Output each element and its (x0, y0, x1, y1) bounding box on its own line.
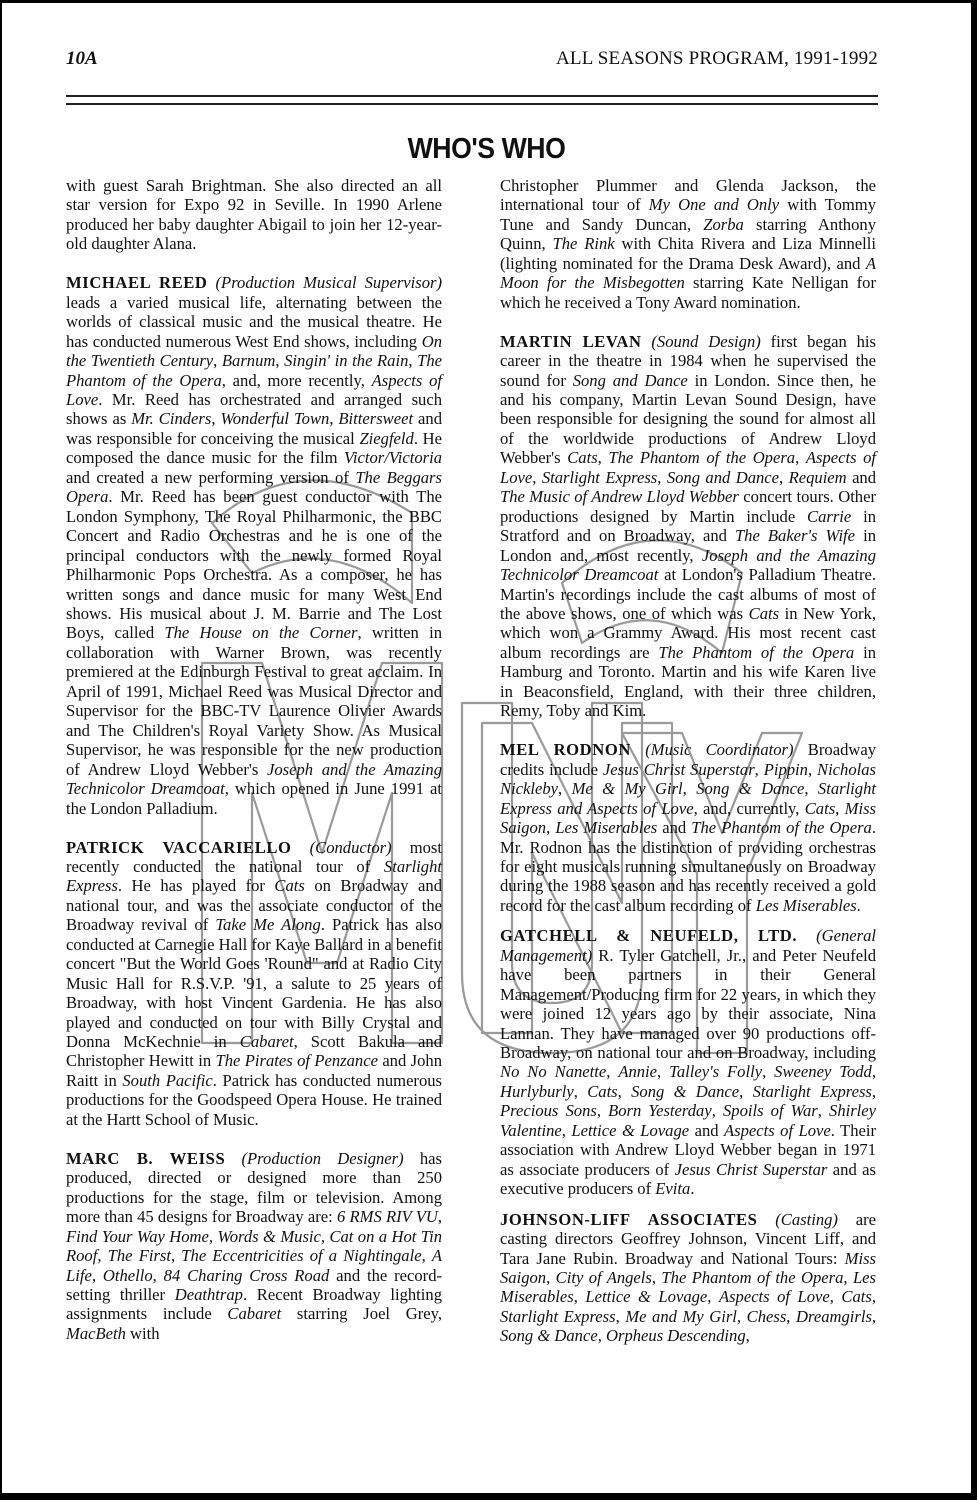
bio-entry: MARC B. WEISS (Production Designer) has … (66, 1149, 442, 1344)
italic-title: Song & Dance (500, 1326, 598, 1345)
italic-title: The First (108, 1246, 171, 1265)
italic-title: Joseph and the Amazing Technicolor Dream… (66, 760, 442, 798)
person-name: MEL RODNON (500, 740, 631, 759)
person-role: (Production Musical Supervisor) (216, 273, 442, 292)
italic-title: Starlight Express (542, 468, 657, 487)
italic-title: Me & My Girl (572, 779, 683, 798)
bio-text: are casting directors Geoffrey Johnson, … (500, 1210, 876, 1346)
program-title: ALL SEASONS PROGRAM, 1991-1992 (556, 48, 878, 70)
italic-title: Aspects of Love (724, 1121, 831, 1140)
italic-title: My One and Only (649, 195, 779, 214)
italic-title: The House on the Corner (164, 623, 357, 642)
right-column: Christopher Plummer and Glenda Jackson, … (500, 176, 876, 1365)
italic-title: Orpheus Descending (606, 1326, 746, 1345)
italic-title: Joseph and the Amazing Technicolor Dream… (500, 546, 876, 584)
italic-title: Carrie (807, 507, 851, 526)
italic-title: Les Miserables (756, 896, 857, 915)
italic-title: Cats (274, 876, 304, 895)
bio-entry: GATCHELL & NEUFELD, LTD. (General Manage… (500, 926, 876, 1198)
italic-title: Cats (805, 799, 835, 818)
bio-text: Broadway credits include Jesus Christ Su… (500, 740, 876, 915)
italic-title: Bittersweet (338, 409, 413, 428)
page-number: 10A (66, 48, 98, 70)
italic-title: Starlight Express (753, 1082, 872, 1101)
italic-title: The Phantom of the Opera (608, 448, 795, 467)
person-role: (Production Designer) (242, 1149, 404, 1168)
bio-entry: MARTIN LEVAN (Sound Design) first began … (500, 332, 876, 721)
italic-title: Cabaret (227, 1304, 281, 1323)
italic-title: Ziegfeld (359, 429, 413, 448)
italic-title: The Beggars Opera (66, 468, 442, 506)
left-column: with guest Sarah Brightman. She also dir… (66, 176, 442, 1363)
italic-title: Starlight Express (66, 857, 442, 895)
company-role: (Casting) (775, 1210, 838, 1229)
italic-title: Precious Sons (500, 1101, 597, 1120)
italic-title: Take Me Along (215, 915, 320, 934)
italic-title: Song & Dance (631, 1082, 739, 1101)
italic-title: The Rink (552, 234, 614, 253)
italic-title: Othello (103, 1266, 153, 1285)
italic-title: Lettice & Lovage (571, 1121, 689, 1140)
italic-title: No No Nanette (500, 1062, 606, 1081)
continued-paragraph: with guest Sarah Brightman. She also dir… (66, 176, 442, 254)
company-name: JOHNSON-LIFF ASSOCIATES (500, 1210, 757, 1229)
person-role: (Conductor) (310, 838, 392, 857)
italic-title: Song and Dance (667, 468, 779, 487)
person-role: (Music Coordinator) (645, 740, 793, 759)
italic-title: Song & Dance (696, 779, 804, 798)
italic-title: Sweeney Todd (774, 1062, 872, 1081)
italic-title: Evita (655, 1179, 690, 1198)
italic-title: 84 Charing Cross Road (164, 1266, 330, 1285)
italic-title: MacBeth (66, 1324, 126, 1343)
italic-title: Cats (567, 448, 597, 467)
italic-title: Singin' in the Rain (284, 351, 408, 370)
italic-title: Zorba (703, 215, 744, 234)
italic-title: Requiem (789, 468, 847, 487)
italic-title: The Baker's Wife (735, 526, 855, 545)
italic-title: Spoils of War (723, 1101, 818, 1120)
italic-title: Me and My Girl (625, 1307, 737, 1326)
bio-entry: MEL RODNON (Music Coordinator) Broadway … (500, 740, 876, 915)
italic-title: Chess (747, 1307, 787, 1326)
page-header: 10A ALL SEASONS PROGRAM, 1991-1992 (66, 48, 878, 78)
bio-entry: JOHNSON-LIFF ASSOCIATES (Casting) are ca… (500, 1210, 876, 1346)
person-name: MARC B. WEISS (66, 1149, 225, 1168)
bio-entry: PATRICK VACCARIELLO (Conductor) most rec… (66, 838, 442, 1130)
italic-title: Jesus Christ Superstar (603, 760, 755, 779)
italic-title: Talley's Folly (669, 1062, 762, 1081)
italic-title: Pippin (764, 760, 808, 779)
italic-title: The Phantom of the Opera (658, 643, 854, 662)
italic-title: Wonderful Town (220, 409, 329, 428)
italic-title: Cats (749, 604, 779, 623)
italic-title: Barnum (222, 351, 275, 370)
bio-text: most recently conducted the national tou… (66, 838, 442, 1129)
italic-title: Aspects of Love (719, 1287, 830, 1306)
person-name: MICHAEL REED (66, 273, 208, 292)
italic-title: Cats (841, 1287, 871, 1306)
bio-entry: MICHAEL REED (Production Musical Supervi… (66, 273, 442, 818)
italic-title: The Eccentricities of a Nightingale (181, 1246, 421, 1265)
italic-title: South Pacific (122, 1071, 212, 1090)
header-rule-bottom (66, 103, 878, 105)
person-role: (Sound Design) (651, 332, 760, 351)
header-rule-top (66, 95, 878, 97)
bio-text: leads a varied musical life, alternating… (66, 293, 442, 818)
bio-text: has produced, directed or designed more … (66, 1149, 442, 1343)
program-page: 10A ALL SEASONS PROGRAM, 1991-1992 WHO'S… (2, 3, 971, 1493)
italic-title: Words & Music (217, 1227, 320, 1246)
section-title: WHO'S WHO (41, 133, 932, 166)
italic-title: Deathtrap (175, 1285, 243, 1304)
italic-title: City of Angels (556, 1268, 652, 1287)
company-name: GATCHELL & NEUFELD, LTD. (500, 926, 797, 945)
italic-title: 6 RMS RIV VU (337, 1207, 438, 1226)
italic-title: Starlight Express (500, 1307, 616, 1326)
italic-title: Lettice & Lovage (585, 1287, 707, 1306)
italic-title: The Music of Andrew Lloyd Webber (500, 487, 739, 506)
italic-title: Born Yesterday (608, 1101, 712, 1120)
italic-title: Cabaret (240, 1032, 294, 1051)
italic-title: Les Miserables (555, 818, 657, 837)
italic-title: The Pirates of Penzance (216, 1051, 378, 1070)
continued-paragraph: Christopher Plummer and Glenda Jackson, … (500, 176, 876, 312)
person-name: MARTIN LEVAN (500, 332, 642, 351)
bio-text: first began his career in the theatre in… (500, 332, 876, 721)
italic-title: Find Your Way Home (66, 1227, 209, 1246)
italic-title: The Phantom of the Opera (661, 1268, 843, 1287)
italic-title: Mr. Cinders (131, 409, 211, 428)
italic-title: The Phantom of the Opera (691, 818, 872, 837)
italic-title: Cats (587, 1082, 617, 1101)
italic-title: Jesus Christ Superstar (675, 1160, 828, 1179)
italic-title: Song and Dance (573, 371, 688, 390)
italic-title: A Moon for the Misbegotten (500, 254, 876, 292)
italic-title: Annie (618, 1062, 657, 1081)
italic-title: Dreamgirls (796, 1307, 872, 1326)
italic-title: Victor/Victoria (344, 448, 442, 467)
bio-text: R. Tyler Gatchell, Jr., and Peter Neufel… (500, 946, 876, 1198)
person-name: PATRICK VACCARIELLO (66, 838, 292, 857)
italic-title: Hurlyburly (500, 1082, 574, 1101)
